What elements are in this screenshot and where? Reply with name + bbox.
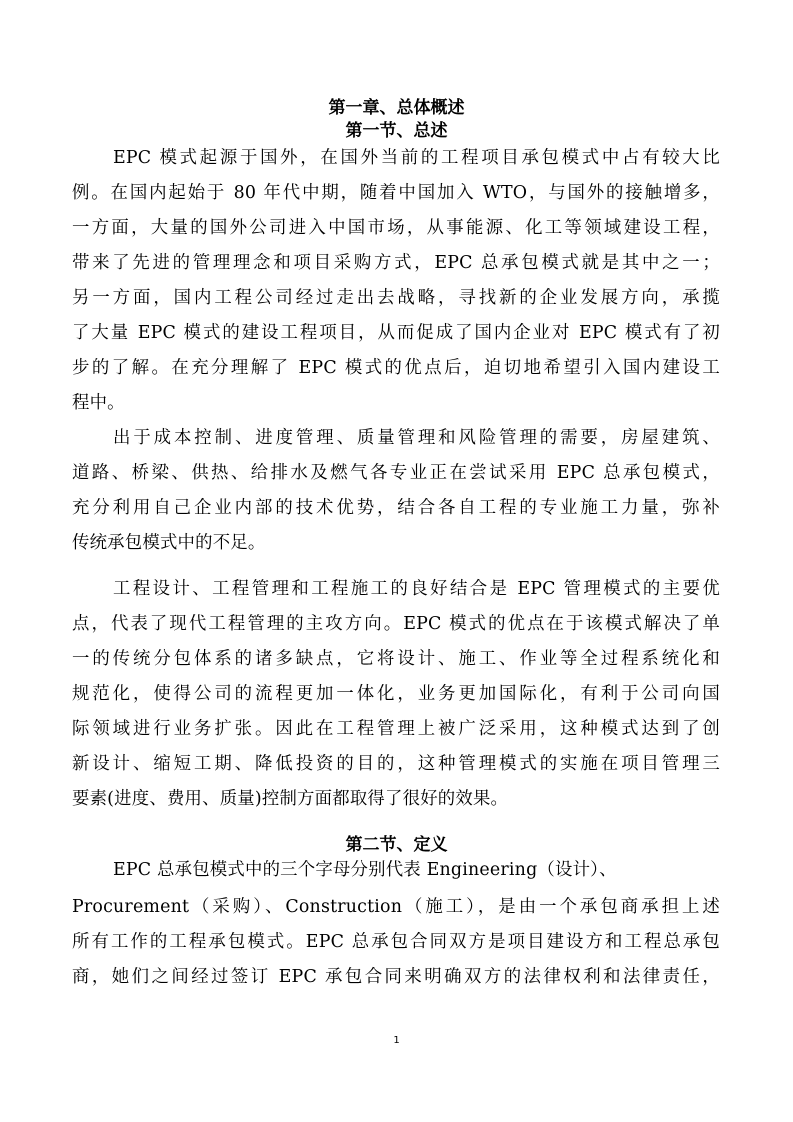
text-line: 步的了解。在充分理解了 EPC 模式的优点后，迫切地希望引入国内建设工 [72, 357, 720, 379]
text-line: 另一方面，国内工程公司经过走出去战略，寻找新的企业发展方向，承揽 [72, 287, 720, 309]
text-line: 一方面，大量的国外公司进入中国市场，从事能源、化工等领域建设工程， [72, 217, 720, 239]
text-line: 程中。 [72, 392, 720, 414]
text-line: 新设计、缩短工期、降低投资的目的，这种管理模式的实施在项目管理三 [72, 753, 720, 775]
text-line: 充分利用自己企业内部的技术优势，结合各自工程的专业施工力量，弥补 [72, 497, 720, 519]
text-line: 传统承包模式中的不足。 [72, 532, 720, 554]
text-line: 规范化，使得公司的流程更加一体化，业务更加国际化，有利于公司向国 [72, 683, 720, 705]
text-line: 要素(进度、费用、质量)控制方面都取得了很好的效果。 [72, 788, 720, 810]
section-title-overview: 第一节、总述 [0, 120, 793, 142]
text-line: 带来了先进的管理理念和项目采购方式，EPC 总承包模式就是其中之一； [72, 252, 720, 274]
text-line: Procurement（采购）、Construction（施工），是由一个承包商… [72, 896, 720, 918]
text-line: 例。在国内起始于 80 年代中期，随着中国加入 WTO，与国外的接触增多， [72, 182, 720, 204]
text-line: 一的传统分包体系的诸多缺点，它将设计、施工、作业等全过程系统化和 [72, 648, 720, 670]
text-line: EPC 模式起源于国外，在国外当前的工程项目承包模式中占有较大比 [113, 147, 720, 169]
text-line: 际领域进行业务扩张。因此在工程管理上被广泛采用，这种模式达到了创 [72, 718, 720, 740]
text-line: 道路、桥梁、供热、给排水及燃气各专业正在尝试采用 EPC 总承包模式， [72, 462, 720, 484]
text-line: EPC 总承包模式中的三个字母分别代表 Engineering（设计）、 [113, 859, 720, 881]
page-number: 1 [0, 1035, 793, 1046]
chapter-title: 第一章、总体概述 [0, 97, 793, 119]
document-page: 第一章、总体概述 第一节、总述 EPC 模式起源于国外，在国外当前的工程项目承包… [0, 0, 793, 1122]
text-line: 商，她们之间经过签订 EPC 承包合同来明确双方的法律权利和法律责任， [72, 966, 720, 988]
text-line: 点，代表了现代工程管理的主攻方向。EPC 模式的优点在于该模式解决了单 [72, 613, 720, 635]
text-line: 工程设计、工程管理和工程施工的良好结合是 EPC 管理模式的主要优 [113, 578, 720, 600]
text-line: 出于成本控制、进度管理、质量管理和风险管理的需要，房屋建筑、 [113, 427, 720, 449]
section-title-definition: 第二节、定义 [0, 834, 793, 856]
text-line: 所有工作的工程承包模式。EPC 总承包合同双方是项目建设方和工程总承包 [72, 931, 720, 953]
text-line: 了大量 EPC 模式的建设工程项目，从而促成了国内企业对 EPC 模式有了初 [72, 322, 720, 344]
